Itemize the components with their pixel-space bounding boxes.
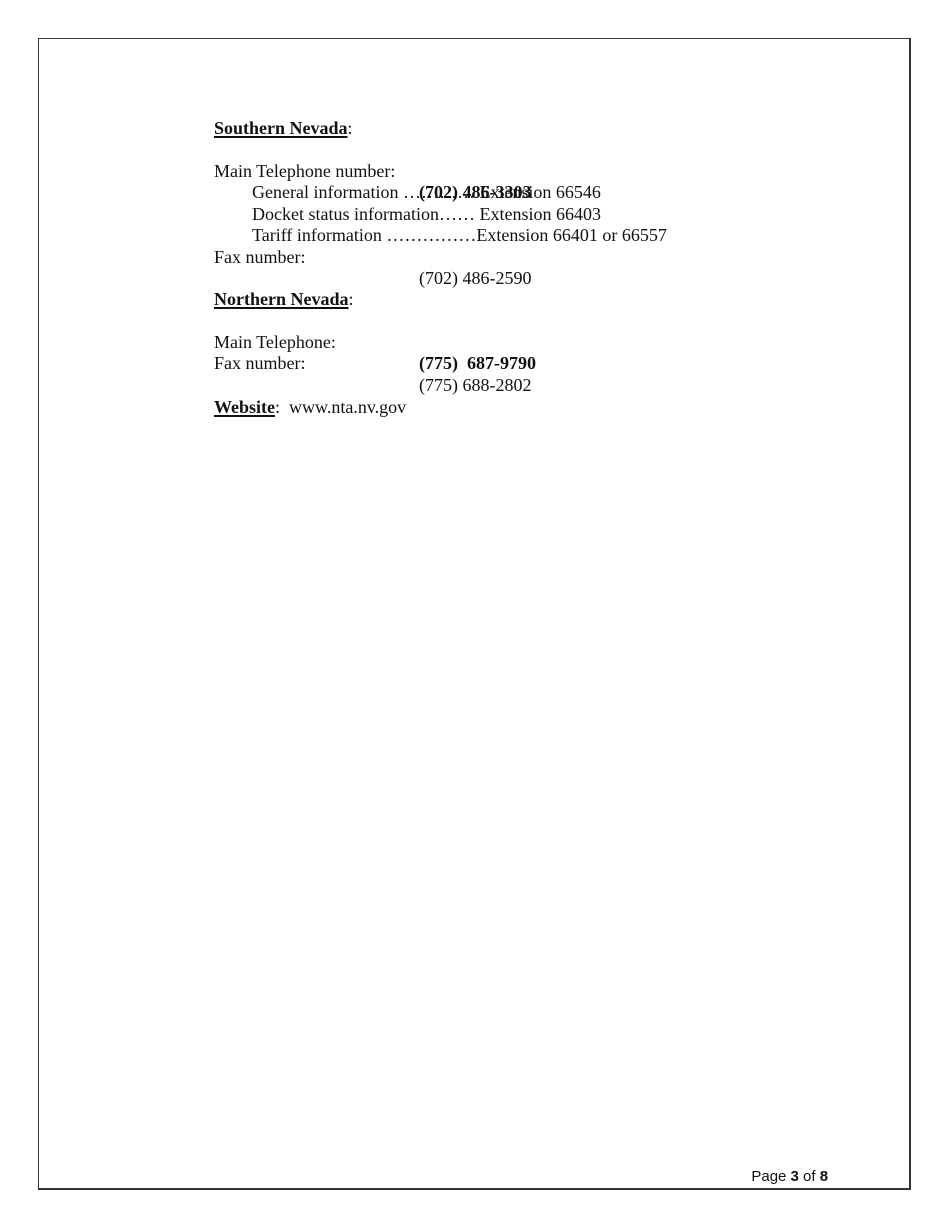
extension-docket: Docket status information…… Extension 66… <box>252 204 601 226</box>
page-number-footer: Page 3 of 8 <box>743 1151 828 1185</box>
southern-fax-label: Fax number: <box>214 247 306 267</box>
current-page-number: 3 <box>791 1168 799 1185</box>
total-page-count: 8 <box>820 1168 828 1185</box>
extension-general: General information ………… Extension 66546 <box>252 182 601 204</box>
southern-fax-value: (702) 486-2590 <box>419 268 531 290</box>
southern-main-telephone-label: Main Telephone number: <box>214 161 395 181</box>
website-line: Website: www.nta.nv.gov <box>196 375 406 440</box>
southern-nevada-heading: Southern Nevada <box>214 118 348 138</box>
northern-fax-value: (775) 688-2802 <box>419 375 531 397</box>
northern-fax-label: Fax number: <box>214 353 306 373</box>
website-url[interactable]: www.nta.nv.gov <box>289 397 406 417</box>
northern-nevada-heading: Northern Nevada <box>214 289 348 309</box>
website-label: Website <box>214 397 275 417</box>
